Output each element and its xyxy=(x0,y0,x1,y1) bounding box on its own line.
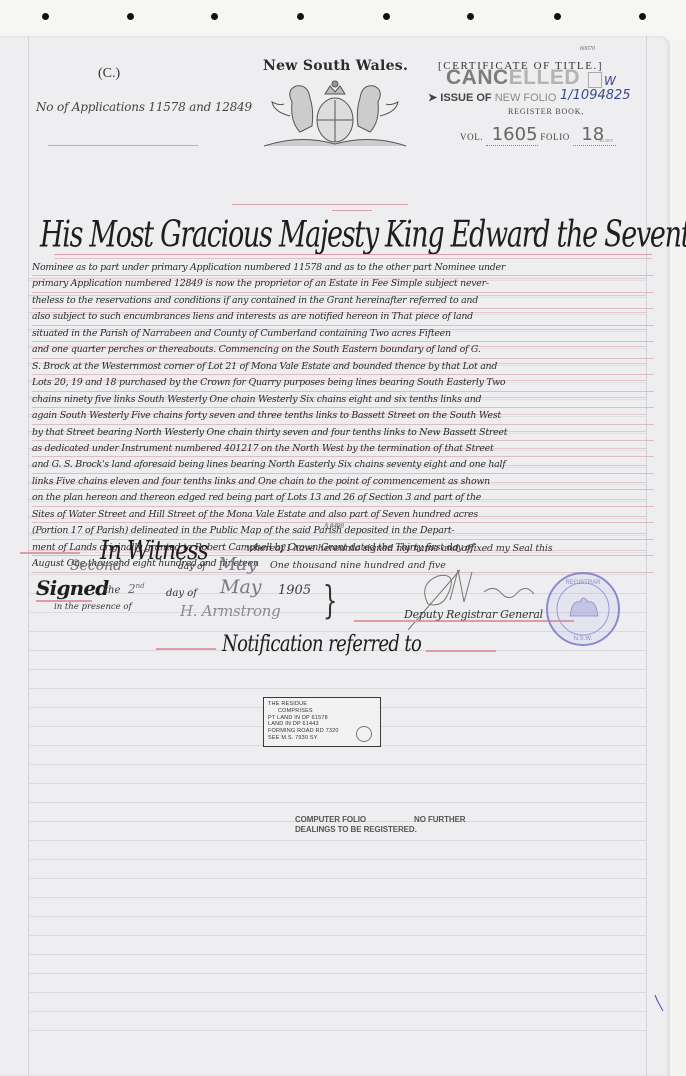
binder-hole xyxy=(127,13,134,20)
binder-hole xyxy=(42,13,49,20)
svg-text:N.S.W.: N.S.W. xyxy=(574,636,593,642)
binder-hole xyxy=(467,13,474,20)
body-line: by that Street bearing North Westerly On… xyxy=(32,425,654,441)
body-line: Sites of Water Street and Hill Street of… xyxy=(32,507,654,523)
body-line: situated in the Parish of Narrabeen and … xyxy=(32,326,654,342)
red-rule xyxy=(54,254,652,255)
red-rule xyxy=(232,204,408,205)
pen-tick-icon xyxy=(654,994,664,1012)
body-line: and G. S. Brock's land aforesaid being l… xyxy=(32,457,654,473)
signed-year: 1905 xyxy=(278,583,311,598)
new-folio-number: 1/1094825 xyxy=(560,88,631,103)
signed-day: 2nd xyxy=(128,582,145,596)
binder-hole xyxy=(297,13,304,20)
signed-day-of: day of xyxy=(166,588,197,599)
computer-folio-stamp: COMPUTER FOLIONO FURTHER DEALINGS TO BE … xyxy=(295,815,466,835)
month-word: May xyxy=(218,554,257,575)
body-line: again South Westerly Five chains forty s… xyxy=(32,408,654,424)
new-folio-stamp: ➤ ISSUE OF NEW FOLIO xyxy=(428,91,556,104)
volume-folio-line: VOL. 1605 FOLIO 18 xyxy=(460,124,616,146)
signed-label: Signed xyxy=(36,576,108,600)
body-line: as dedicated under Instrument numbered 4… xyxy=(32,441,654,457)
signed-month: May xyxy=(220,576,262,598)
registrar-seal-icon: REGISTRAR N.S.W. xyxy=(544,570,622,648)
margin-notation: A 8498 xyxy=(324,522,344,530)
body-line: Lots 20, 19 and 18 purchased by the Crow… xyxy=(32,375,654,391)
body-line: on the plan hereon and thereon edged red… xyxy=(32,490,654,506)
binder-hole xyxy=(639,13,646,20)
folio-label: FOLIO xyxy=(540,132,570,142)
form-letter: (C.) xyxy=(98,66,120,82)
residue-line: COMPRISES xyxy=(268,708,376,715)
computer-folio-line: NO FURTHER xyxy=(414,815,465,824)
red-rule xyxy=(54,258,652,259)
signed-day-suffix: nd xyxy=(136,582,145,590)
signed-day-number: 2 xyxy=(128,582,136,596)
red-rule xyxy=(332,210,372,211)
body-line: primary Application numbered 12849 is no… xyxy=(32,276,654,292)
red-rule xyxy=(426,650,496,652)
body-line: S. Brock at the Westernmost corner of Lo… xyxy=(32,359,654,375)
volume-value: 1605 xyxy=(492,124,538,145)
cancelled-stamp: CANCELLED xyxy=(446,66,580,90)
body-line: links Five chains eleven and four tenths… xyxy=(32,474,654,490)
presence-label: in the presence of xyxy=(54,602,132,612)
form-code: 60070 xyxy=(580,46,595,52)
notification-heading: Notification referred to xyxy=(222,631,421,657)
body-line: also subject to such encumbrances liens … xyxy=(32,309,654,325)
arrow-icon: ➤ xyxy=(428,92,437,104)
binder-hole xyxy=(211,13,218,20)
body-line: and one quarter perches or thereabouts. … xyxy=(32,342,654,358)
witness-clause: whereof I have hereunto signed my name a… xyxy=(246,543,552,554)
stamp-seal-icon xyxy=(356,726,372,742)
red-rule xyxy=(20,552,80,554)
cancelled-stamp-faded: ELLED xyxy=(509,66,580,89)
residue-stamp: THE RESIDUE COMPRISES PT LAND IN DP 6157… xyxy=(263,697,381,747)
register-book-label: REGISTER BOOK, xyxy=(508,107,584,116)
jurisdiction-heading: New South Wales. xyxy=(263,58,408,74)
printer-mark: 81.1017 xyxy=(600,138,613,143)
day-of-label: day of xyxy=(178,562,206,572)
cancelled-stamp-box xyxy=(588,72,602,88)
sovereign-title: His Most Gracious Majesty King Edward th… xyxy=(40,214,660,256)
registrar-title: Deputy Registrar General xyxy=(404,608,543,621)
volume-field: 1605 xyxy=(486,124,538,146)
computer-folio-line: COMPUTER FOLIO xyxy=(295,815,366,824)
cancelled-annotation: W xyxy=(604,74,616,88)
binder-hole xyxy=(554,13,561,20)
witness-signature: H. Armstrong xyxy=(180,602,280,620)
new-folio-label-strong: ISSUE OF xyxy=(440,92,491,104)
body-line: Nominee as to part under primary Applica… xyxy=(32,260,654,276)
volume-label: VOL. xyxy=(460,132,483,142)
cancelled-stamp-strong: CANC xyxy=(446,66,509,89)
residue-line: THE RESIDUE xyxy=(268,701,376,708)
binder-hole xyxy=(383,13,390,20)
red-underline xyxy=(48,145,198,146)
binder-hole-strip xyxy=(0,0,686,40)
applications-note: No of Applications 11578 and 12849 xyxy=(36,100,252,114)
signed-the: the xyxy=(104,585,120,596)
coat-of-arms-icon xyxy=(260,76,410,152)
day-word: Second xyxy=(70,558,122,574)
red-rule xyxy=(156,648,216,650)
svg-text:REGISTRAR: REGISTRAR xyxy=(565,580,601,586)
residue-line: PT LAND IN DP 61578 xyxy=(268,715,376,722)
body-line: chains ninety five links South Westerly … xyxy=(32,392,654,408)
brace-glyph: } xyxy=(323,578,338,622)
body-line: theless to the reservations and conditio… xyxy=(32,293,654,309)
computer-folio-line: DEALINGS TO BE REGISTERED. xyxy=(295,825,417,834)
new-folio-label-faded: NEW FOLIO xyxy=(495,92,557,104)
